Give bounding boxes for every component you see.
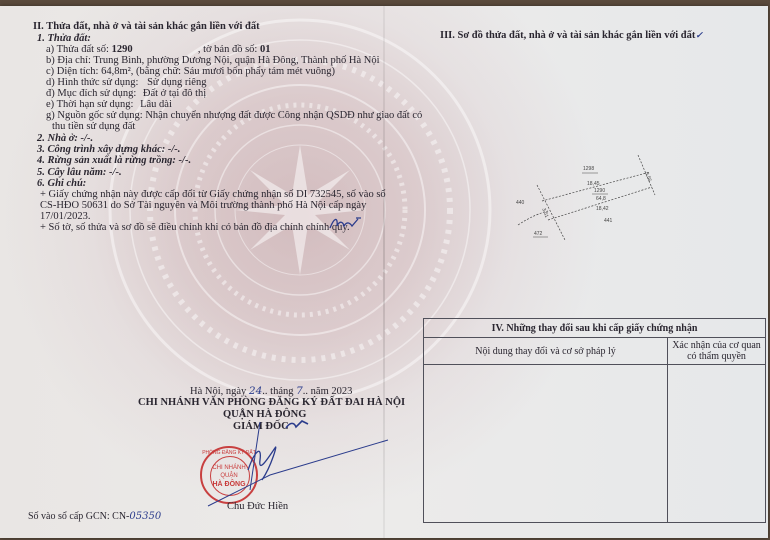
office-line1: CHI NHÁNH VĂN PHÒNG ĐĂNG KÝ ĐẤT ĐAI HÀ N… — [138, 397, 405, 409]
seal-arc-text: PHÒNG ĐĂNG KÝ ĐẤT — [202, 450, 256, 456]
note2: + Số tờ, số thửa và sơ đồ sẽ điều chỉnh … — [40, 222, 350, 234]
changes-col-content: Nội dung thay đổi và cơ sở pháp lý — [424, 338, 668, 365]
map-label-neighbor-472: 472 — [534, 231, 542, 237]
area-label: c) Diện tích: — [46, 66, 98, 77]
origin-line2: thu tiền sử dụng đất — [52, 121, 135, 133]
use-form-value: Sử dụng riêng — [147, 77, 206, 88]
changes-cell-content-empty — [424, 365, 668, 523]
section-iii-text: III. Sơ đồ thửa đất, nhà ở và tài sản kh… — [440, 30, 695, 41]
registry-label: Số vào sổ cấp GCN: CN- — [28, 511, 129, 522]
changes-cell-confirmation-empty — [668, 365, 766, 523]
date-month-label: tháng — [270, 386, 293, 397]
date-month: 7 — [296, 385, 303, 397]
origin-label: g) Nguồn gốc sử dụng: — [46, 110, 143, 121]
col2-line2: có thẩm quyền — [672, 351, 761, 362]
forest-item: 4. Rừng sản xuất là rừng trồng: -/-. — [37, 155, 191, 167]
date-prefix: Hà Nội, ngày — [190, 386, 246, 397]
map-label-area: 64,8 — [596, 196, 606, 202]
changes-table-title: IV. Những thay đổi sau khi cấp giấy chứn… — [424, 319, 766, 338]
map-sheet-label: , tờ bản đồ số: — [198, 44, 258, 55]
map-label-edge-bottom: 18,42 — [596, 206, 609, 212]
map-sheet-no: 01 — [260, 44, 271, 55]
term-label: e) Thời hạn sử dụng: — [46, 99, 133, 110]
office-line2: QUẬN HÀ ĐÔNG — [223, 409, 306, 421]
registry-number: Số vào sổ cấp GCN: CN-05350 — [28, 511, 161, 523]
map-label-parcel: 1290 — [594, 188, 605, 194]
date-day: 24 — [249, 385, 262, 397]
seal-line1: CHI NHÁNH — [202, 465, 256, 471]
purpose-label: đ) Mục đích sử dụng: — [46, 88, 136, 99]
map-label-neighbor-441: 441 — [604, 218, 612, 224]
date-year: năm 2023 — [311, 386, 353, 397]
office-line3: GIÁM ĐỐC — [233, 421, 289, 433]
purpose-value: Đất ở tại đô thị — [143, 88, 206, 99]
official-seal: PHÒNG ĐĂNG KÝ ĐẤT CHI NHÁNH QUẬN HÀ ĐÔNG — [200, 446, 258, 504]
col2-line1: Xác nhận của cơ quan — [672, 340, 761, 351]
map-label-neighbor-440: 440 — [516, 200, 524, 206]
seal-line2: QUẬN — [202, 473, 256, 479]
changes-table: IV. Những thay đổi sau khi cấp giấy chứn… — [423, 318, 766, 523]
address-value: Trung Bình, phường Dương Nội, quận Hà Đô… — [93, 55, 379, 66]
parcel-no-label: a) Thửa đất số: — [46, 44, 109, 55]
signer-name: Chu Đức Hiền — [227, 501, 288, 513]
map-label-neighbor-1298: 1298 — [583, 166, 594, 172]
area-value: 64,8m², (bằng chữ: Sáu mươi bốn phẩy tám… — [101, 66, 335, 77]
registry-no: 05350 — [129, 511, 161, 522]
term-value: Lâu dài — [140, 99, 172, 110]
parcel-no: 1290 — [112, 44, 133, 55]
address-label: b) Địa chỉ: — [46, 55, 91, 66]
section-ii-title: II. Thửa đất, nhà ở và tài sản khác gắn … — [33, 21, 260, 33]
section-iii-title: III. Sơ đồ thửa đất, nhà ở và tài sản kh… — [440, 30, 703, 42]
seal-line3: HÀ ĐÔNG — [202, 481, 256, 488]
page-fold — [383, 6, 385, 538]
origin-value: Nhận chuyển nhượng đất được Công nhận QS… — [145, 110, 422, 121]
use-form-label: d) Hình thức sử dụng: — [46, 77, 138, 88]
map-label-edge-top: 18,45 — [587, 181, 600, 187]
section-iii-initial: ✓ — [695, 31, 703, 41]
changes-col-confirmation: Xác nhận của cơ quan có thẩm quyền — [668, 338, 766, 365]
